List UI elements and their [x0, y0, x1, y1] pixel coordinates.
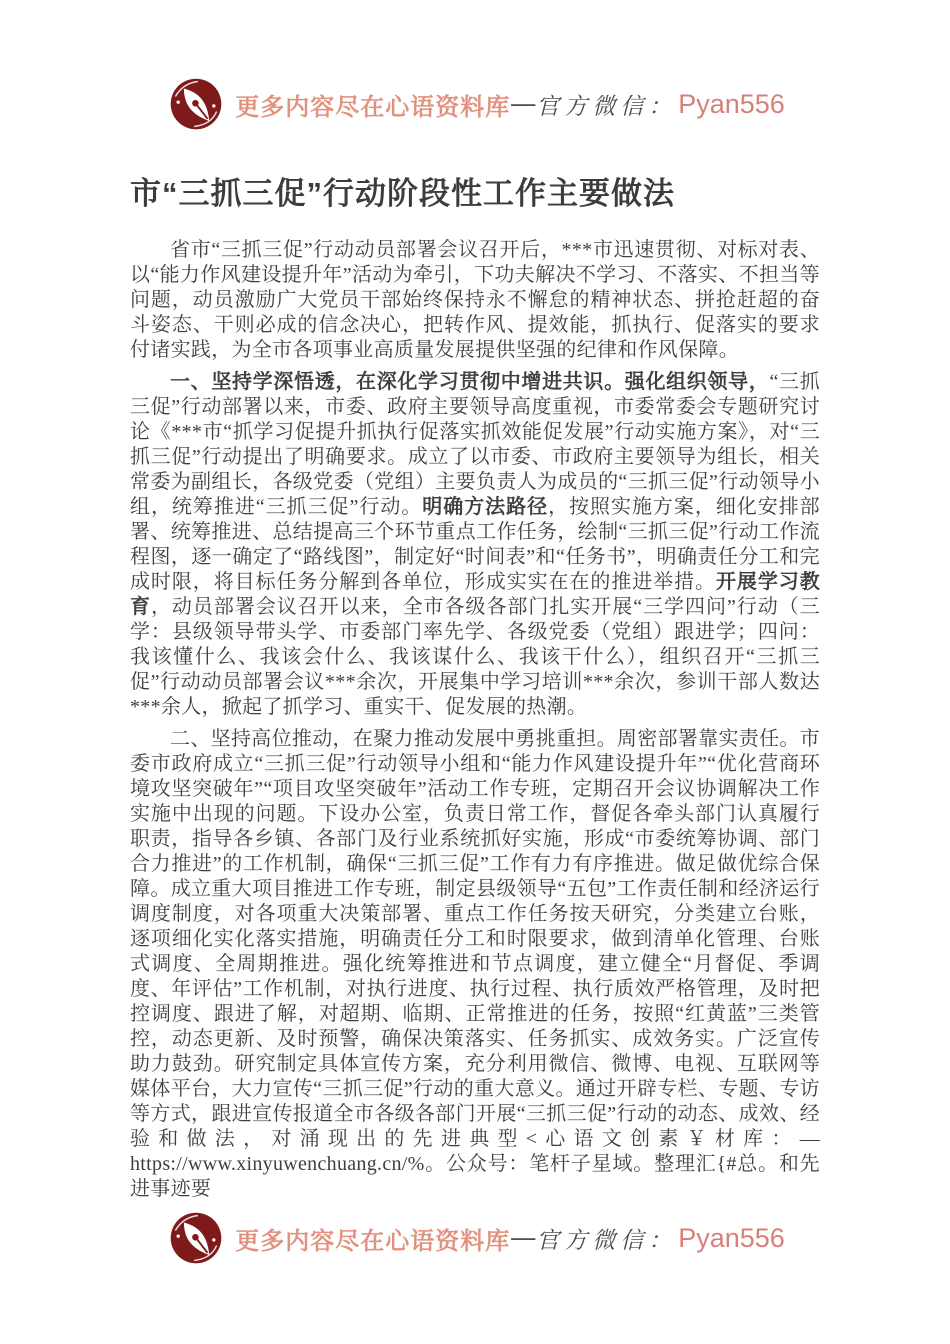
paragraph-3: 二、坚持高位推动，在聚力推动发展中勇挑重担。周密部署靠实责任。市委市政府成立“三…: [130, 727, 820, 1202]
wechat-label: 官方微信：: [536, 88, 676, 121]
brand-text: 更多内容尽在心语资料库: [235, 1221, 510, 1256]
bold-run: 明确方法路径: [422, 496, 548, 518]
bold-run: 一、坚持学深悟透，在深化学习贯彻中增进共识。强化组织领导，: [170, 371, 769, 393]
paragraph-2: 一、坚持学深悟透，在深化学习贯彻中增进共识。强化组织领导，“三抓三促”行动部署以…: [130, 370, 820, 720]
text-run: 二、坚持高位推动，在聚力推动发展中勇挑重担。周密部署靠实责任。市委市政府成立“三…: [130, 728, 820, 1200]
footer-brand-bar: 更多内容尽在心语资料库 — 官方微信： Pyan556: [0, 1208, 950, 1268]
paragraph-1: 省市“三抓三促”行动动员部署会议召开后，***市迅速贯彻、对标对表、以“能力作风…: [130, 238, 820, 363]
wechat-id: Pyan556: [678, 89, 785, 120]
wechat-id: Pyan556: [678, 1223, 785, 1254]
wechat-label: 官方微信：: [536, 1222, 676, 1255]
document-body: 省市“三抓三促”行动动员部署会议召开后，***市迅速贯彻、对标对表、以“能力作风…: [130, 238, 820, 1209]
page-title: 市“三抓三促”行动阶段性工作主要做法: [130, 168, 820, 213]
header-brand-bar: 更多内容尽在心语资料库 — 官方微信： Pyan556: [0, 74, 950, 134]
brand-dash: —: [511, 91, 535, 118]
page: { "header": { "logo_icon": "pen-nib-logo…: [0, 0, 950, 1344]
text-run: ，动员部署会议召开以来，全市各级各部门扎实开展“三学四问”行动（三学：县级领导带…: [130, 596, 820, 718]
brand-text: 更多内容尽在心语资料库: [235, 87, 510, 122]
brand-dash: —: [511, 1225, 535, 1252]
pen-nib-logo-icon: [165, 74, 227, 134]
pen-nib-logo-icon: [165, 1208, 227, 1268]
text-run: 省市“三抓三促”行动动员部署会议召开后，***市迅速贯彻、对标对表、以“能力作风…: [130, 239, 820, 361]
